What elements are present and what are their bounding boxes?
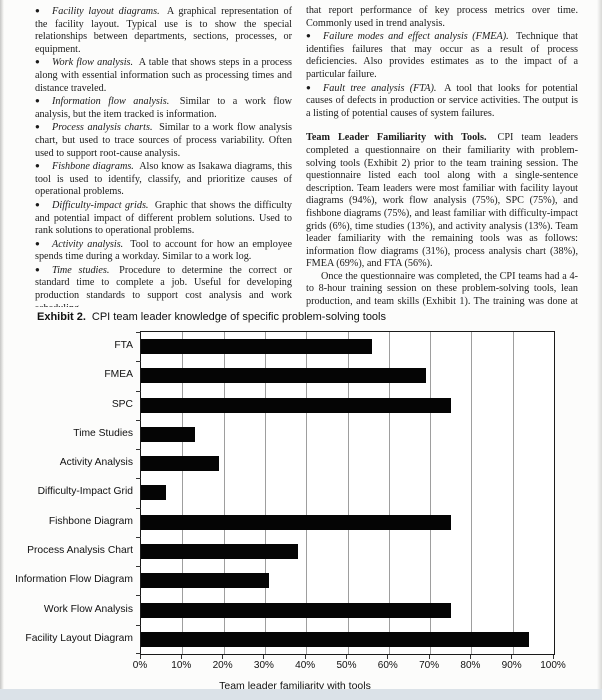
section-heading: Team Leader Familiarity with Tools.	[306, 132, 487, 143]
paragraph: ●Fishbone diagrams. Also know as Isakawa…	[35, 160, 292, 199]
category-label: Work Flow Analysis	[37, 594, 140, 623]
y-axis-labels: FTAFMEASPCTime StudiesActivity AnalysisD…	[37, 331, 140, 655]
y-axis-tick	[136, 332, 141, 333]
x-tick-label: 40%	[295, 660, 315, 671]
paragraph: ●Fault tree analysis (FTA). A tool that …	[306, 82, 578, 121]
bar-spc	[141, 398, 451, 413]
term-name: Activity analysis.	[52, 239, 123, 250]
bar-facility-layout-diagram	[141, 632, 529, 647]
bar-chart: FTAFMEASPCTime StudiesActivity AnalysisD…	[37, 331, 602, 692]
y-axis-tick	[136, 537, 141, 538]
bar-difficulty-impact-grid	[141, 485, 166, 500]
bullet-icon: ●	[35, 56, 43, 69]
term-name: Facility layout diagrams.	[52, 6, 160, 17]
section-heading-paragraph: Team Leader Familiarity with Tools. CPI …	[306, 132, 578, 271]
x-tick-label: 90%	[502, 660, 522, 671]
y-axis-tick	[136, 478, 141, 479]
y-axis-tick	[136, 361, 141, 362]
chart-title: Exhibit 2.CPI team leader knowledge of s…	[37, 311, 602, 323]
bullet-icon: ●	[35, 238, 43, 251]
bullet-icon: ●	[35, 199, 43, 212]
x-axis-tick	[387, 655, 388, 659]
category-label: Information Flow Diagram	[37, 565, 140, 594]
x-axis-tick	[222, 655, 223, 659]
exhibit-title-text: CPI team leader knowledge of specific pr…	[92, 311, 386, 323]
term-name: Fishbone diagrams.	[52, 161, 134, 172]
gridline	[513, 332, 514, 654]
bar-fishbone-diagram	[141, 515, 451, 530]
page-edge-right	[597, 0, 602, 700]
category-label: Difficulty-Impact Grid	[37, 477, 140, 506]
x-axis-tick	[181, 655, 182, 659]
term-name: Information flow analysis.	[52, 96, 169, 107]
x-tick-label: 10%	[171, 660, 191, 671]
y-axis-tick	[136, 566, 141, 567]
bar-work-flow-analysis	[141, 603, 451, 618]
category-label: SPC	[37, 390, 140, 419]
x-tick-label: 0%	[133, 660, 147, 671]
bar-activity-analysis	[141, 456, 219, 471]
footer-band	[0, 689, 602, 700]
x-tick-label: 80%	[460, 660, 480, 671]
bar-information-flow-diagram	[141, 573, 269, 588]
column-right: that report performance of key process m…	[306, 5, 578, 307]
y-axis-tick	[136, 449, 141, 450]
x-tick-label: 30%	[254, 660, 274, 671]
page-edge-left	[0, 0, 4, 700]
paragraph: ●Facility layout diagrams. A graphical r…	[35, 5, 292, 56]
x-tick-label: 50%	[336, 660, 356, 671]
paragraph: Once the questionnaire was completed, th…	[306, 271, 578, 307]
paragraph: ●Time studies. Procedure to determine th…	[35, 264, 292, 307]
chart-body: FTAFMEASPCTime StudiesActivity AnalysisD…	[37, 331, 602, 655]
bullet-icon: ●	[35, 160, 43, 173]
bullet-icon: ●	[35, 95, 43, 108]
category-label: FMEA	[37, 360, 140, 389]
bar-fta	[141, 339, 372, 354]
y-axis-tick	[136, 420, 141, 421]
gridline	[471, 332, 472, 654]
paragraph: ●Process analysis charts. Similar to a w…	[35, 121, 292, 160]
x-axis-tick	[305, 655, 306, 659]
paragraph: ●Difficulty-impact grids. Graphic that s…	[35, 199, 292, 238]
category-label: Process Analysis Chart	[37, 536, 140, 565]
x-axis-tick	[346, 655, 347, 659]
category-label: Fishbone Diagram	[37, 507, 140, 536]
y-axis-tick	[136, 653, 141, 654]
body-text: ●Facility layout diagrams. A graphical r…	[0, 0, 602, 307]
category-label: Facility Layout Diagram	[37, 624, 140, 653]
document-page: ●Facility layout diagrams. A graphical r…	[0, 0, 602, 700]
x-axis: 0%10%20%30%40%50%60%70%80%90%100%	[140, 655, 553, 675]
x-axis-tick	[470, 655, 471, 659]
paragraph: ●Activity analysis. Tool to account for …	[35, 238, 292, 264]
bullet-icon: ●	[35, 5, 43, 18]
term-name: Process analysis charts.	[52, 122, 153, 133]
term-name: Fault tree analysis (FTA).	[323, 83, 436, 94]
x-axis-tick	[263, 655, 264, 659]
plot-area	[140, 331, 555, 655]
paragraph: ●Work flow analysis. A table that shows …	[35, 56, 292, 95]
x-axis-tick	[140, 655, 141, 659]
bullet-icon: ●	[35, 121, 43, 134]
category-label: Activity Analysis	[37, 448, 140, 477]
exhibit-2: Exhibit 2.CPI team leader knowledge of s…	[0, 311, 602, 692]
x-tick-label: 100%	[540, 660, 566, 671]
bullet-icon: ●	[35, 264, 43, 277]
term-name: Failure modes and effect analysis (FMEA)…	[323, 31, 509, 42]
category-label: Time Studies	[37, 419, 140, 448]
y-axis-tick	[136, 508, 141, 509]
paragraph: ●Failure modes and effect analysis (FMEA…	[306, 30, 578, 81]
y-axis-tick	[136, 391, 141, 392]
bar-fmea	[141, 368, 426, 383]
term-name: Difficulty-impact grids.	[52, 200, 148, 211]
x-tick-label: 60%	[378, 660, 398, 671]
bullet-icon: ●	[306, 82, 314, 95]
paragraph: that report performance of key process m…	[306, 5, 578, 30]
y-axis-tick	[136, 595, 141, 596]
x-axis-tick	[429, 655, 430, 659]
exhibit-label: Exhibit 2.	[37, 311, 86, 323]
paragraph: ●Information flow analysis. Similar to a…	[35, 95, 292, 121]
term-name: Time studies.	[52, 265, 109, 276]
x-axis-tick	[511, 655, 512, 659]
bar-time-studies	[141, 427, 195, 442]
category-label: FTA	[37, 331, 140, 360]
term-name: Work flow analysis.	[52, 57, 133, 68]
x-tick-label: 20%	[213, 660, 233, 671]
x-tick-label: 70%	[419, 660, 439, 671]
y-axis-tick	[136, 625, 141, 626]
bar-process-analysis-chart	[141, 544, 298, 559]
x-axis-tick	[553, 655, 554, 659]
column-left: ●Facility layout diagrams. A graphical r…	[35, 5, 292, 307]
bullet-icon: ●	[306, 30, 314, 43]
